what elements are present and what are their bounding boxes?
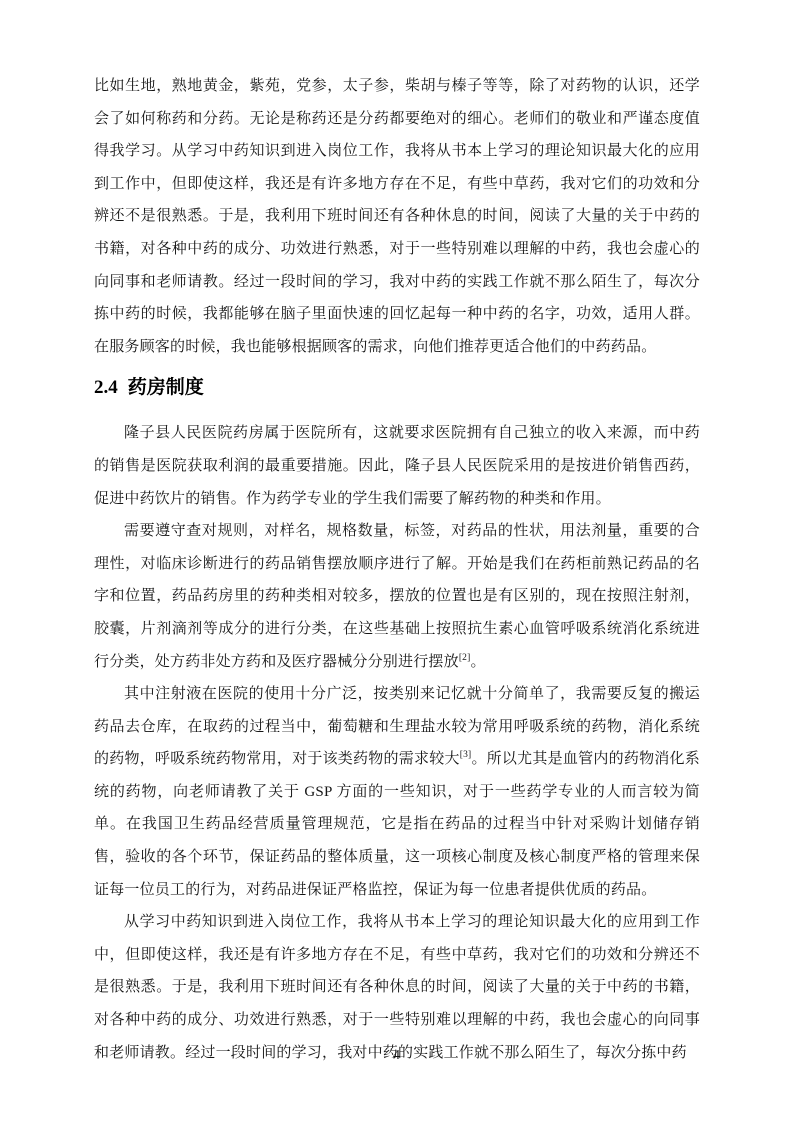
paragraph-text-after: 。所以尤其是血管内的药物消化系统的药物，向老师请教了关于 GSP 方面的一些知识… — [94, 751, 700, 897]
paragraph-continuation: 比如生地，熟地黄金，紫苑，党参，太子参，柴胡与榛子等等，除了对药物的认识，还学会… — [94, 70, 700, 363]
section-number: 2.4 — [94, 377, 118, 398]
document-page: 比如生地，熟地黄金，紫苑，党参，太子参，柴胡与榛子等等，除了对药物的认识，还学会… — [0, 0, 793, 1122]
page-number: 4 — [0, 1048, 793, 1064]
paragraph-text-after: 。 — [471, 654, 486, 670]
paragraph-check-rules: 需要遵守查对规则，对样名，规格数量，标签，对药品的性状，用法剂量，重要的合理性，… — [94, 515, 700, 678]
paragraph-injection-gsp: 其中注射液在医院的使用十分广泛，按类别来记忆就十分简单了，我需要反复的搬运药品去… — [94, 678, 700, 906]
paragraph-text: 需要遵守查对规则，对样名，规格数量，标签，对药品的性状，用法剂量，重要的合理性，… — [94, 523, 700, 669]
section-title: 药房制度 — [128, 377, 204, 398]
citation-ref-3: [3] — [460, 750, 472, 760]
paragraph-pharmacy-ownership: 隆子县人民医院药房属于医院所有，这就要求医院拥有自己独立的收入来源，而中药的销售… — [94, 417, 700, 515]
page-content: 比如生地，熟地黄金，紫苑，党参，太子参，柴胡与榛子等等，除了对药物的认识，还学会… — [94, 70, 700, 1069]
section-heading: 2.4药房制度 — [94, 375, 700, 401]
citation-ref-2: [2] — [459, 653, 471, 663]
paragraph-learning-repeat: 从学习中药知识到进入岗位工作，我将从书本上学习的理论知识最大化的应用到工作中，但… — [94, 906, 700, 1069]
